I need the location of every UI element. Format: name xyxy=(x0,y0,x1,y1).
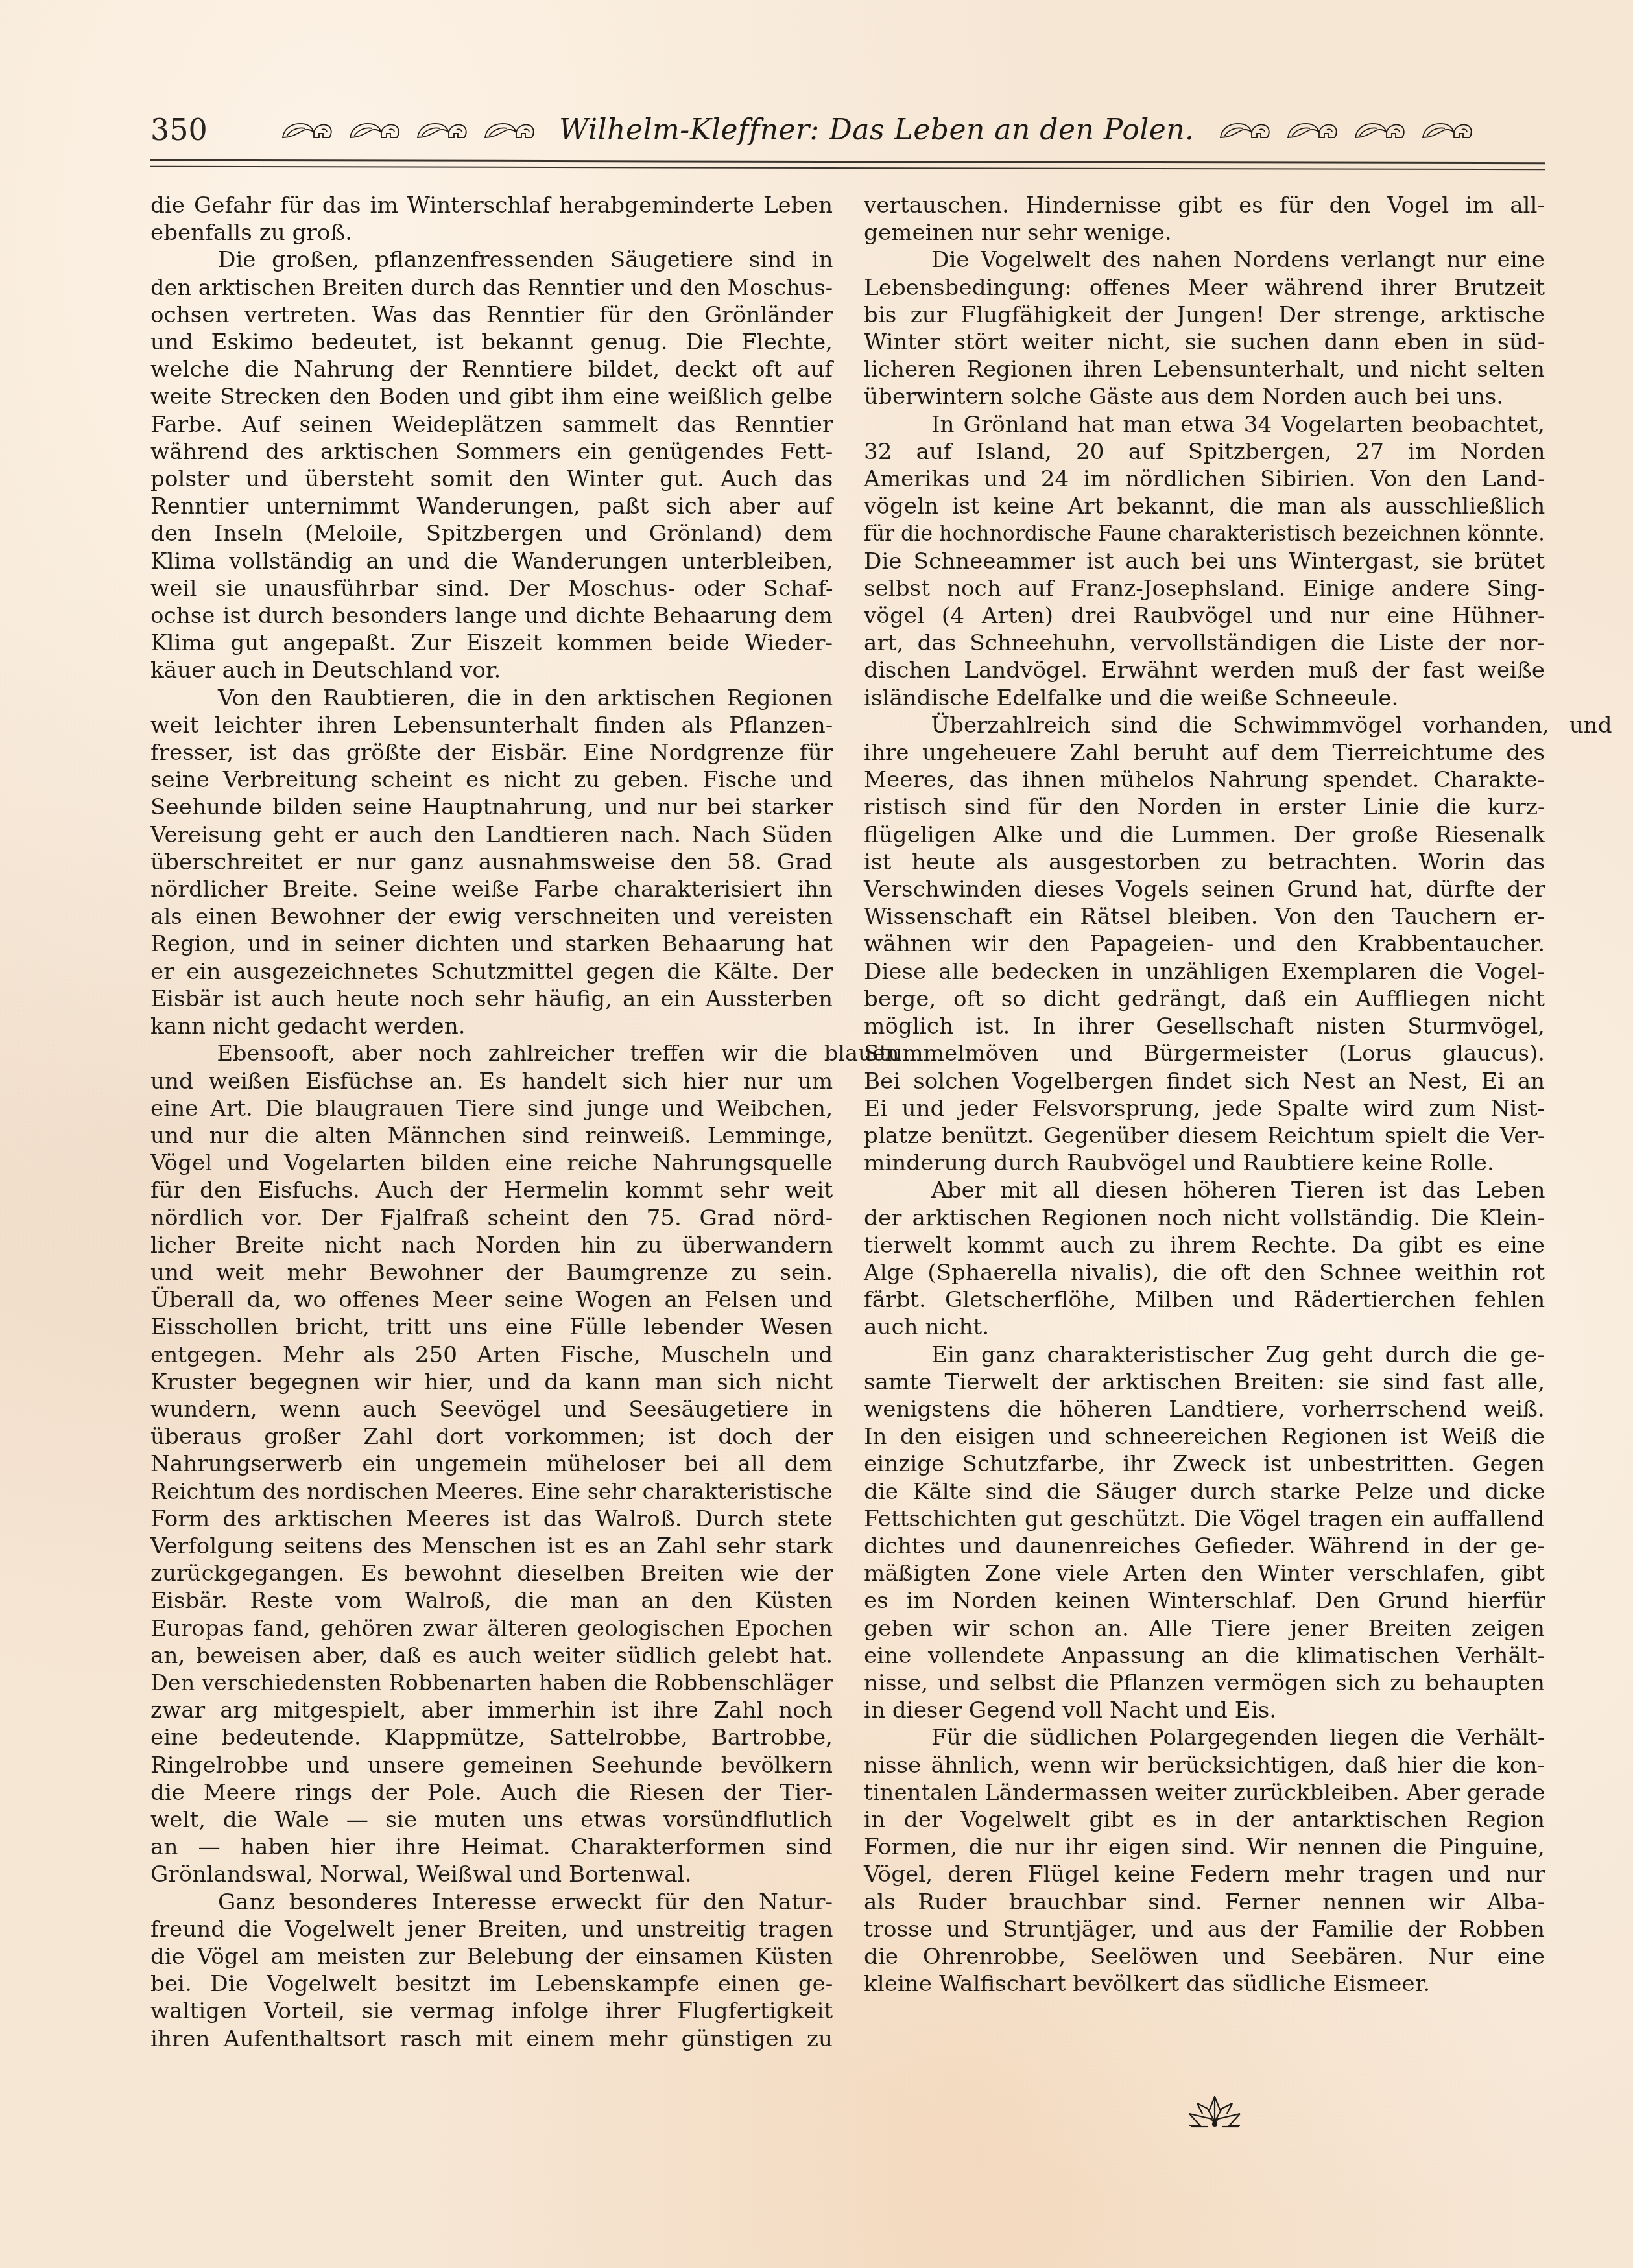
text-line: Reichtum des nordischen Meeres. Eine seh… xyxy=(150,1478,833,1506)
text-line: nisse ähnlich, wenn wir berücksichtigen,… xyxy=(864,1752,1545,1779)
acanthus-leaf-ornament-icon xyxy=(280,118,333,141)
text-line: eine bedeutende. Klappmütze, Sattelrobbe… xyxy=(150,1724,833,1751)
text-line: licher Breite nicht nach Norden hin zu ü… xyxy=(150,1232,833,1259)
text-line: Von den Raubtieren, die in den arktische… xyxy=(150,685,833,712)
paragraph: Von den Raubtieren, die in den arktische… xyxy=(150,685,833,1041)
paragraph: Die Vogelwelt des nahen Nordens verlangt… xyxy=(864,246,1545,410)
text-line: eine Art. Die blaugrauen Tiere sind jung… xyxy=(150,1095,833,1122)
text-line: seine Verbreitung scheint es nicht zu ge… xyxy=(150,766,833,794)
text-line: welt, die Wale — sie muten uns etwas vor… xyxy=(150,1806,833,1834)
text-line: Den verschiedensten Robbenarten haben di… xyxy=(150,1670,833,1697)
text-line: während des arktischen Sommers ein genüg… xyxy=(150,438,833,466)
text-line: Für die südlichen Polargegenden liegen d… xyxy=(864,1724,1545,1751)
text-line: Amerikas und 24 im nördlichen Sibirien. … xyxy=(864,466,1545,493)
acanthus-leaf-ornament-icon xyxy=(1420,118,1473,141)
text-line: Stummelmöven und Bürgermeister (Lorus gl… xyxy=(864,1040,1545,1067)
ornament-group-right xyxy=(1218,118,1473,141)
text-line: ihren Aufenthaltsort rasch mit einem meh… xyxy=(150,2026,833,2053)
text-line: weit leichter ihren Lebensunterhalt find… xyxy=(150,712,833,739)
text-line: bis zur Flugfähigkeit der Jungen! Der st… xyxy=(864,301,1545,329)
text-line: fresser, ist das größte der Eisbär. Eine… xyxy=(150,739,833,766)
paragraph: Überzahlreich sind die Schwimmvögel vorh… xyxy=(864,712,1545,1177)
text-line: vögeln ist keine Art bekannt, die man al… xyxy=(864,493,1545,520)
text-line: Alge (Sphaerella nivalis), die oft den S… xyxy=(864,1259,1545,1286)
text-line: Kruster begegnen wir hier, und da kann m… xyxy=(150,1369,833,1396)
text-line: Ein ganz charakteristischer Zug geht dur… xyxy=(864,1341,1545,1369)
text-line: einzige Schutzfarbe, ihr Zweck ist unbes… xyxy=(864,1450,1545,1478)
text-line: für die hochnordische Faune charakterist… xyxy=(864,520,1545,547)
text-line: den Inseln (Meloile, Spitzbergen und Grö… xyxy=(150,520,833,547)
text-line: der arktischen Regionen noch nicht volls… xyxy=(864,1205,1545,1232)
text-line: auch nicht. xyxy=(864,1314,1545,1341)
text-line: isländische Edelfalke und die weiße Schn… xyxy=(864,685,1545,712)
text-line: Meeres, das ihnen mühelos Nahrung spende… xyxy=(864,766,1545,794)
text-line: Grönlandswal, Norwal, Weißwal und Borten… xyxy=(150,1861,833,1888)
text-line: Ei und jeder Felsvorsprung, jede Spalte … xyxy=(864,1095,1545,1122)
text-line: kleine Walfischart bevölkert das südlich… xyxy=(864,1970,1545,1998)
text-line: wundern, wenn auch Seevögel und Seesäuge… xyxy=(150,1396,833,1423)
text-line: die Ohrenrobbe, Seelöwen und Seebären. N… xyxy=(864,1943,1545,1970)
page-header: 350 Wilhelm-Kleffner: Das Leben an den P… xyxy=(150,104,1532,156)
text-line: ristisch sind für den Norden in erster L… xyxy=(864,794,1545,821)
text-line: Klima gut angepaßt. Zur Eiszeit kommen b… xyxy=(150,630,833,657)
text-line: und weit mehr Bewohner der Baumgrenze zu… xyxy=(150,1259,833,1286)
text-line: Winter stört weiter nicht, sie suchen da… xyxy=(864,329,1545,356)
text-line: bei. Die Vogelwelt besitzt im Lebenskamp… xyxy=(150,1970,833,1998)
paragraph: Ganz besonderes Interesse erweckt für de… xyxy=(150,1889,833,2053)
text-line: Die Schneeammer ist auch bei uns Winterg… xyxy=(864,548,1545,575)
text-line: zwar arg mitgespielt, aber immerhin ist … xyxy=(150,1697,833,1724)
text-line: Vögel, deren Flügel keine Federn mehr tr… xyxy=(864,1861,1545,1888)
text-line: in dieser Gegend voll Nacht und Eis. xyxy=(864,1697,1545,1724)
paragraph: vertauschen. Hindernisse gibt es für den… xyxy=(864,192,1545,246)
text-line: ebenfalls zu groß. xyxy=(150,219,833,246)
text-line: Europas fand, gehören zwar älteren geolo… xyxy=(150,1615,833,1642)
text-line: Fettschichten gut geschützt. Die Vögel t… xyxy=(864,1506,1545,1533)
acanthus-leaf-ornament-icon xyxy=(348,118,401,141)
text-line: überschreitet er nur ganz ausnahmsweise … xyxy=(150,849,833,876)
text-line: käuer auch in Deutschland vor. xyxy=(150,657,833,684)
text-line: und weißen Eisfüchse an. Es handelt sich… xyxy=(150,1068,833,1095)
text-line: ochse ist durch besonders lange und dich… xyxy=(150,602,833,630)
text-line: Ebensooft, aber noch zahlreicher treffen… xyxy=(150,1040,899,1067)
text-line: Region, und in seiner dichten und starke… xyxy=(150,930,833,958)
lotus-flower-ornament-icon xyxy=(1188,2096,1241,2129)
text-line: vertauschen. Hindernisse gibt es für den… xyxy=(864,192,1545,219)
text-line: dichtes und daunenreiches Gefieder. Währ… xyxy=(864,1533,1545,1560)
text-line: eine vollendete Anpassung an die klimati… xyxy=(864,1642,1545,1670)
paragraph: die Gefahr für das im Winterschlaf herab… xyxy=(150,192,833,246)
text-line: licheren Regionen ihren Lebensunterhalt,… xyxy=(864,356,1545,383)
text-line: Wissenschaft ein Rätsel bleiben. Von den… xyxy=(864,903,1545,930)
text-line: Überzahlreich sind die Schwimmvögel vorh… xyxy=(864,712,1612,739)
text-line: nisse, und selbst die Pflanzen vermögen … xyxy=(864,1670,1545,1697)
text-line: berge, oft so dicht gedrängt, daß ein Au… xyxy=(864,986,1545,1013)
text-line: an, beweisen aber, daß es auch weiter sü… xyxy=(150,1642,833,1670)
text-line: Renntier unternimmt Wanderungen, paßt si… xyxy=(150,493,833,520)
paragraph: Aber mit all diesen höheren Tieren ist d… xyxy=(864,1177,1545,1341)
text-line: wähnen wir den Papageien- und den Krabbe… xyxy=(864,930,1545,958)
text-line: weil sie unausführbar sind. Der Moschus-… xyxy=(150,575,833,602)
text-line: Die großen, pflanzenfressenden Säugetier… xyxy=(150,246,833,274)
text-line: Form des arktischen Meeres ist das Walro… xyxy=(150,1506,833,1533)
text-line: minderung durch Raubvögel und Raubtiere … xyxy=(864,1150,1545,1177)
text-line: samte Tierwelt der arktischen Breiten: s… xyxy=(864,1369,1545,1396)
text-line: nördlicher Breite. Seine weiße Farbe cha… xyxy=(150,876,833,903)
text-line: möglich ist. In ihrer Gesellschaft niste… xyxy=(864,1013,1545,1040)
text-line: vögel (4 Arten) drei Raubvögel und nur e… xyxy=(864,602,1545,630)
text-line: Nahrungserwerb ein ungemein müheloser be… xyxy=(150,1450,833,1478)
paragraph: Ein ganz charakteristischer Zug geht dur… xyxy=(864,1341,1545,1725)
text-line: ochsen vertreten. Was das Renntier für d… xyxy=(150,301,833,329)
text-line: Diese alle bedecken in unzähligen Exempl… xyxy=(864,958,1545,986)
text-line: Verschwinden dieses Vogels seinen Grund … xyxy=(864,876,1545,903)
text-line: trosse und Struntjäger, und aus der Fami… xyxy=(864,1916,1545,1943)
text-line: zurückgegangen. Es bewohnt dieselben Bre… xyxy=(150,1560,833,1587)
text-line: Verfolgung seitens des Menschen ist es a… xyxy=(150,1533,833,1560)
text-line: Überall da, wo offenes Meer seine Wogen … xyxy=(150,1286,833,1314)
text-line: und nur die alten Männchen sind reinweiß… xyxy=(150,1122,833,1150)
text-line: Formen, die nur ihr eigen sind. Wir nenn… xyxy=(864,1834,1545,1861)
acanthus-leaf-ornament-icon xyxy=(415,118,468,141)
text-line: Die Vogelwelt des nahen Nordens verlangt… xyxy=(864,246,1545,274)
text-line: Vereisung geht er auch den Landtieren na… xyxy=(150,821,833,849)
text-line: die Meere rings der Pole. Auch die Riese… xyxy=(150,1779,833,1806)
text-line: platze benützt. Gegenüber diesem Reichtu… xyxy=(864,1122,1545,1150)
text-line: gemeinen nur sehr wenige. xyxy=(864,219,1545,246)
document-page: 350 Wilhelm-Kleffner: Das Leben an den P… xyxy=(0,0,1633,2268)
text-line: als Ruder brauchbar sind. Ferner nennen … xyxy=(864,1889,1545,1916)
text-line: Aber mit all diesen höheren Tieren ist d… xyxy=(864,1177,1545,1204)
text-line: Ganz besonderes Interesse erweckt für de… xyxy=(150,1889,833,1916)
text-line: für den Eisfuchs. Auch der Hermelin komm… xyxy=(150,1177,833,1204)
text-line: 32 auf Island, 20 auf Spitzbergen, 27 im… xyxy=(864,438,1545,466)
text-line: den arktischen Breiten durch das Renntie… xyxy=(150,274,833,301)
running-title: Wilhelm-Kleffner: Das Leben an den Polen… xyxy=(559,113,1195,147)
text-line: Eisschollen bricht, tritt uns eine Fülle… xyxy=(150,1314,833,1341)
text-line: wenigstens die höheren Landtiere, vorher… xyxy=(864,1396,1545,1423)
text-line: Seehunde bilden seine Hauptnahrung, und … xyxy=(150,794,833,821)
text-line: in der Vogelwelt gibt es in der antarkti… xyxy=(864,1806,1545,1834)
text-line: die Gefahr für das im Winterschlaf herab… xyxy=(150,192,833,219)
text-line: und Eskimo bedeutet, ist bekannt genug. … xyxy=(150,329,833,356)
text-line: die Vögel am meisten zur Belebung der ei… xyxy=(150,1943,833,1970)
text-line: selbst noch auf Franz-Josephsland. Einig… xyxy=(864,575,1545,602)
text-line: überaus großer Zahl dort vorkommen; ist … xyxy=(150,1423,833,1450)
acanthus-leaf-ornament-icon xyxy=(483,118,536,141)
text-line: welche die Nahrung der Renntiere bildet,… xyxy=(150,356,833,383)
text-line: dischen Landvögel. Erwähnt werden muß de… xyxy=(864,657,1545,684)
right-column: vertauschen. Hindernisse gibt es für den… xyxy=(864,192,1545,1998)
text-line: ihre ungeheuere Zahl beruht auf dem Tier… xyxy=(864,739,1545,766)
text-line: tinentalen Ländermassen weiter zurückble… xyxy=(864,1779,1545,1806)
text-line: art, das Schneehuhn, vervollständigen di… xyxy=(864,630,1545,657)
text-line: Vögel und Vogelarten bilden eine reiche … xyxy=(150,1150,833,1177)
text-line: geben wir schon an. Alle Tiere jener Bre… xyxy=(864,1615,1545,1642)
paragraph: Ebensooft, aber noch zahlreicher treffen… xyxy=(150,1040,833,1888)
text-line: Lebensbedingung: offenes Meer während ih… xyxy=(864,274,1545,301)
text-line: In Grönland hat man etwa 34 Vogelarten b… xyxy=(864,411,1545,438)
text-line: überwintern solche Gäste aus dem Norden … xyxy=(864,383,1545,410)
text-line: an — haben hier ihre Heimat. Charakterfo… xyxy=(150,1834,833,1861)
text-line: weite Strecken den Boden und gibt ihm ei… xyxy=(150,383,833,410)
text-line: Eisbär ist auch heute noch sehr häufig, … xyxy=(150,986,833,1013)
text-line: In den eisigen und schneereichen Regione… xyxy=(864,1423,1545,1450)
text-line: färbt. Gletscherflöhe, Milben und Rädert… xyxy=(864,1286,1545,1314)
page-number: 350 xyxy=(150,112,267,147)
paragraph: Die großen, pflanzenfressenden Säugetier… xyxy=(150,246,833,684)
text-line: kann nicht gedacht werden. xyxy=(150,1013,833,1040)
text-line: tierwelt kommt auch zu ihrem Rechte. Da … xyxy=(864,1232,1545,1259)
header-rule-top xyxy=(150,159,1545,165)
text-line: die Kälte sind die Säuger durch starke P… xyxy=(864,1478,1545,1506)
left-column: die Gefahr für das im Winterschlaf herab… xyxy=(150,192,833,2053)
paragraph: In Grönland hat man etwa 34 Vogelarten b… xyxy=(864,411,1545,712)
text-line: Farbe. Auf seinen Weideplätzen sammelt d… xyxy=(150,411,833,438)
paragraph: Für die südlichen Polargegenden liegen d… xyxy=(864,1724,1545,1998)
text-line: waltigen Vorteil, sie vermag infolge ihr… xyxy=(150,1998,833,2025)
acanthus-leaf-ornament-icon xyxy=(1353,118,1406,141)
text-line: er ein ausgezeichnetes Schutzmittel gege… xyxy=(150,958,833,986)
text-line: es im Norden keinen Winterschlaf. Den Gr… xyxy=(864,1587,1545,1614)
header-rule-bottom xyxy=(150,166,1545,171)
text-line: als einen Bewohner der ewig verschneiten… xyxy=(150,903,833,930)
text-line: Eisbär. Reste vom Walroß, die man an den… xyxy=(150,1587,833,1614)
text-line: polster und übersteht somit den Winter g… xyxy=(150,466,833,493)
text-line: Ringelrobbe und unsere gemeinen Seehunde… xyxy=(150,1752,833,1779)
text-line: entgegen. Mehr als 250 Arten Fische, Mus… xyxy=(150,1341,833,1369)
acanthus-leaf-ornament-icon xyxy=(1218,118,1271,141)
text-line: ist heute als ausgestorben zu betrachten… xyxy=(864,849,1545,876)
text-line: freund die Vogelwelt jener Breiten, und … xyxy=(150,1916,833,1943)
text-line: mäßigten Zone viele Arten den Winter ver… xyxy=(864,1560,1545,1587)
text-line: Bei solchen Vogelbergen findet sich Nest… xyxy=(864,1068,1545,1095)
acanthus-leaf-ornament-icon xyxy=(1285,118,1339,141)
text-line: flügeligen Alke und die Lummen. Der groß… xyxy=(864,821,1545,849)
text-line: Klima vollständig an und die Wanderungen… xyxy=(150,548,833,575)
ornament-group-left xyxy=(280,118,536,141)
running-head: Wilhelm-Kleffner: Das Leben an den Polen… xyxy=(280,113,1473,147)
text-line: nördlich vor. Der Fjalfraß scheint den 7… xyxy=(150,1205,833,1232)
